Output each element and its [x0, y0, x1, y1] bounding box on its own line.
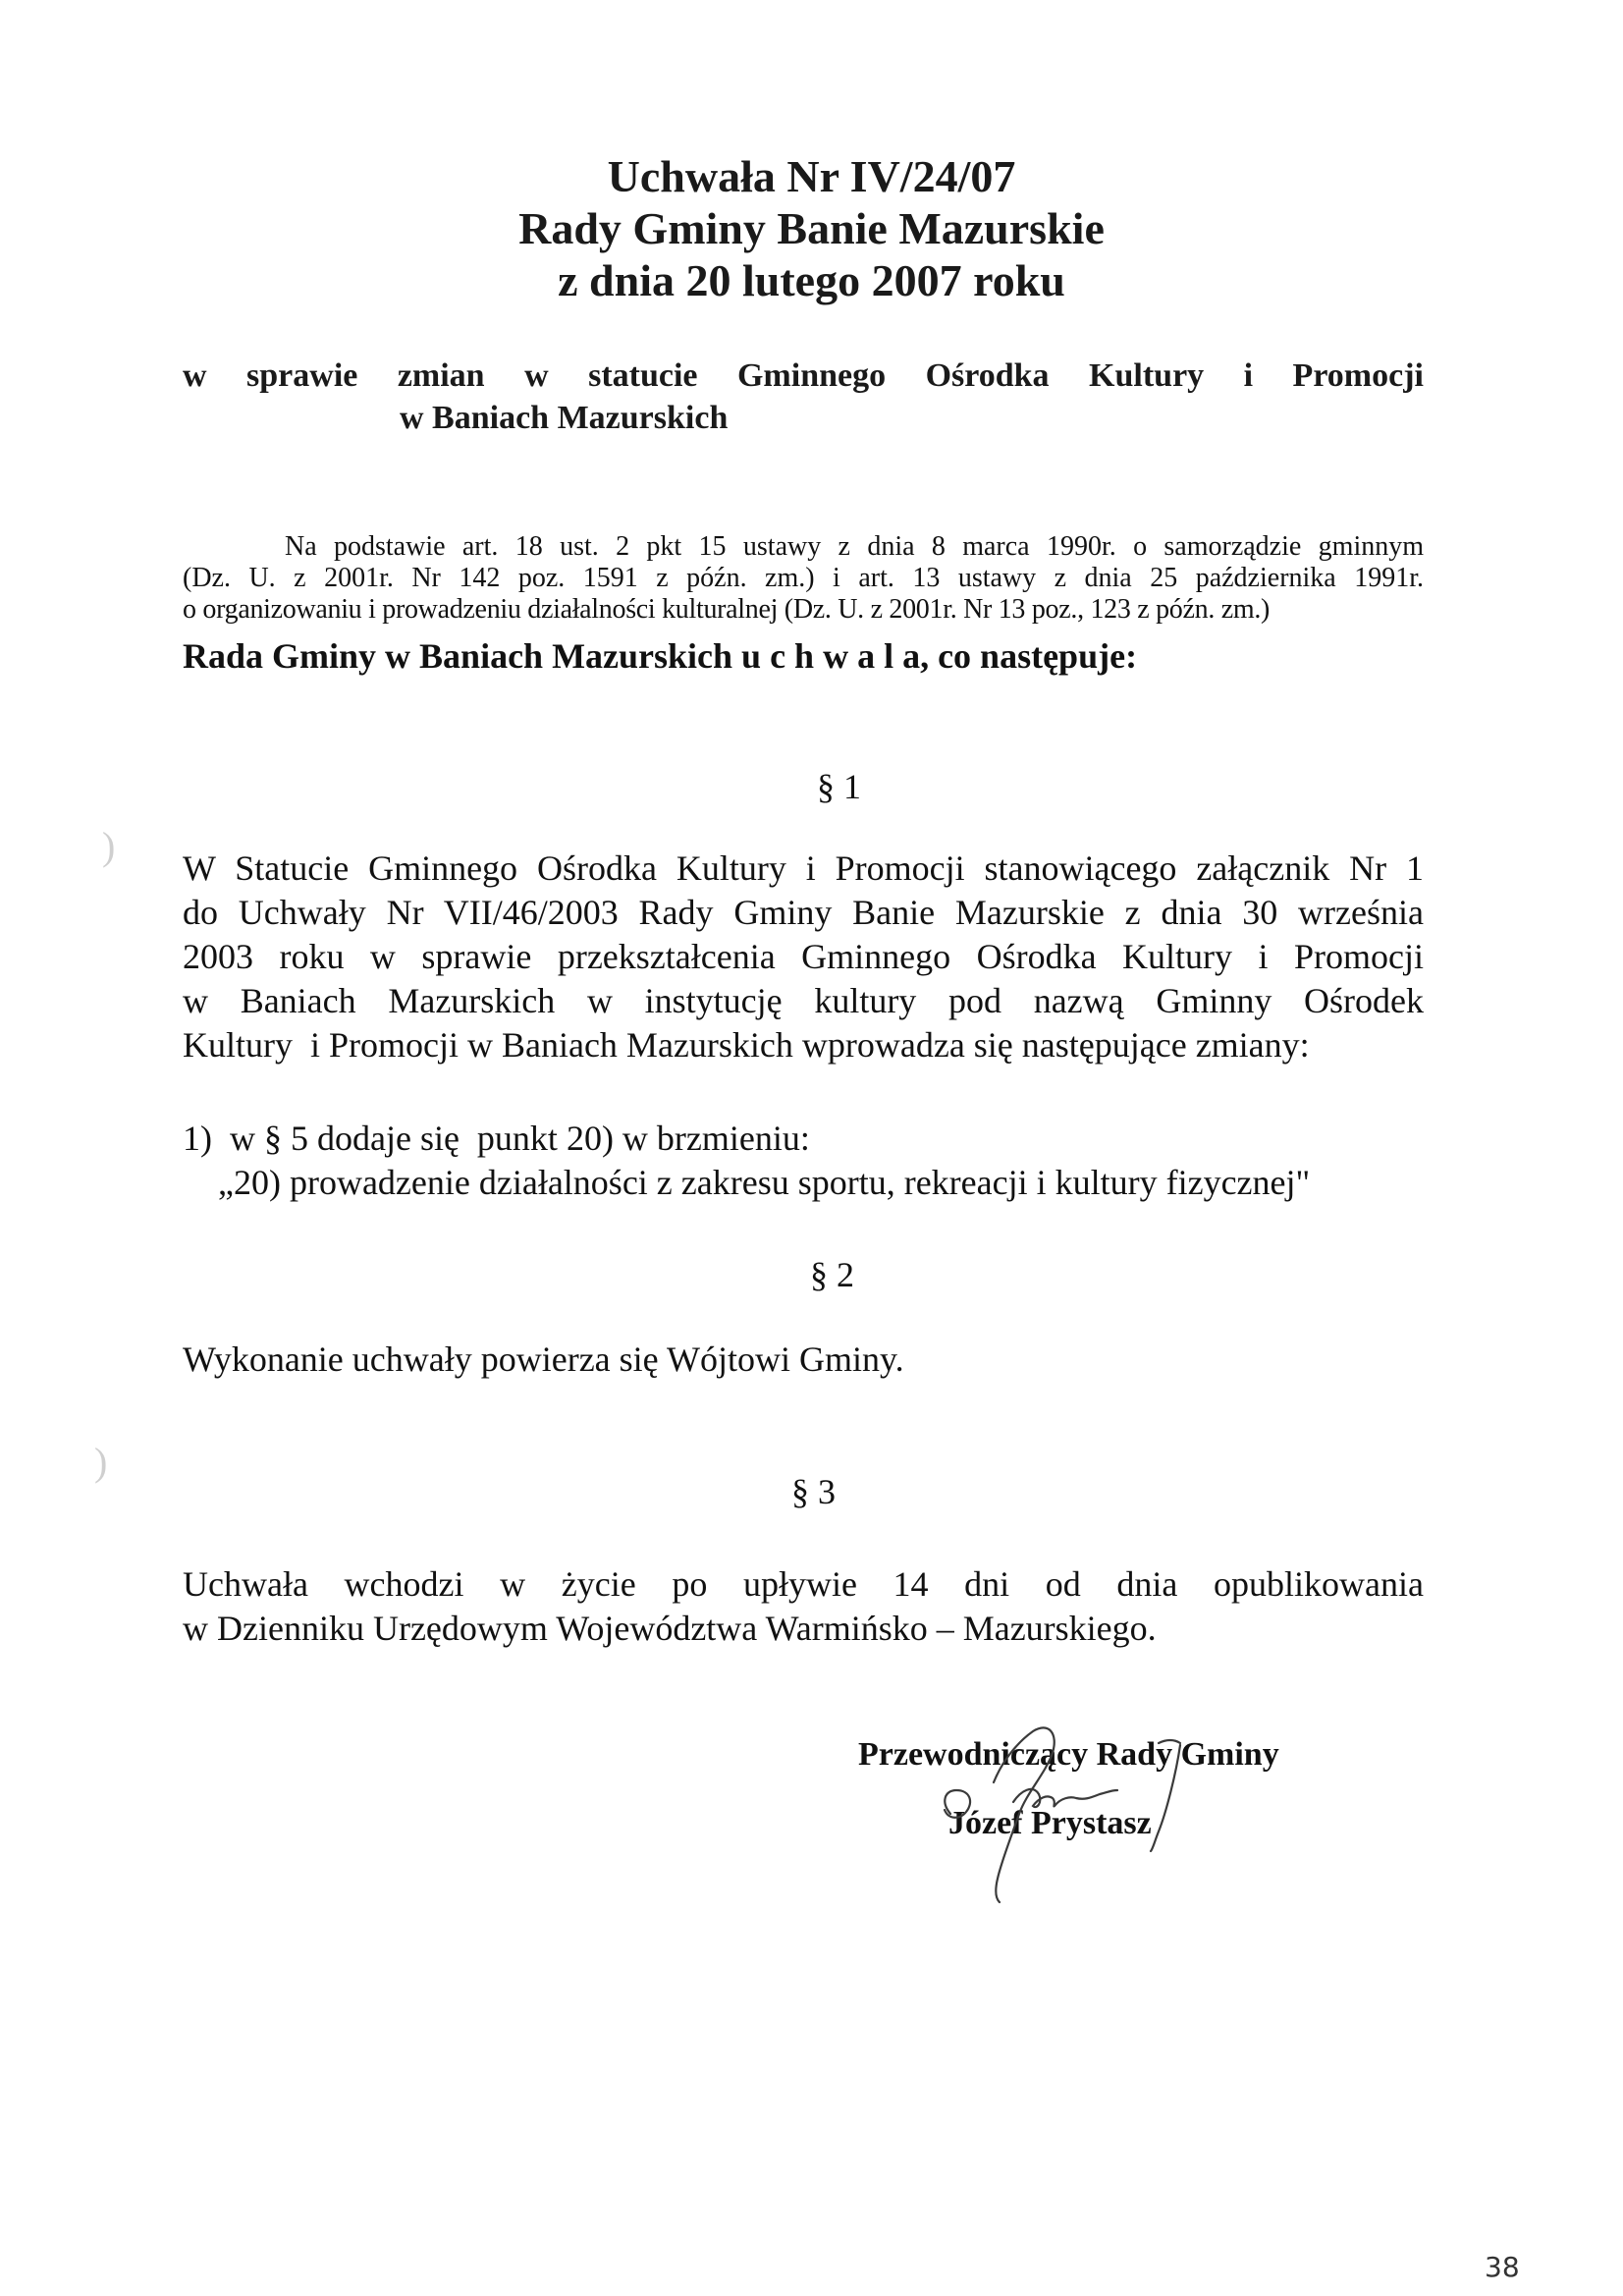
resolution-number: Uchwała Nr IV/24/07	[0, 154, 1623, 199]
resolution-date: z dnia 20 lutego 2007 roku	[0, 258, 1623, 303]
section-1-heading: § 1	[817, 769, 861, 804]
document-page: Uchwała Nr IV/24/07 Rady Gminy Banie Maz…	[0, 0, 1623, 2296]
handwritten-signature-icon	[923, 1704, 1276, 1910]
section-1-line-5: Kultury i Promocji w Baniach Mazurskich …	[183, 1027, 1310, 1063]
section-1-line-4: w Baniach Mazurskich w instytucję kultur…	[183, 983, 1424, 1018]
legal-basis-line-3: o organizowaniu i prowadzeniu działalnoś…	[183, 596, 1270, 624]
page-number: 38	[1485, 2251, 1520, 2283]
section-1-line-2: do Uchwały Nr VII/46/2003 Rady Gminy Ban…	[183, 895, 1424, 930]
issuing-body: Rady Gminy Banie Mazurskie	[0, 206, 1623, 251]
section-3-heading: § 3	[791, 1474, 836, 1509]
legal-basis-line-2: (Dz. U. z 2001r. Nr 142 poz. 1591 z późn…	[183, 565, 1424, 592]
amendment-item-1-text: „20) prowadzenie działalności z zakresu …	[218, 1165, 1310, 1200]
section-2-heading: § 2	[810, 1257, 854, 1292]
subject-line-2: w Baniach Mazurskich	[400, 402, 728, 435]
section-1-line-1: W Statucie Gminnego Ośrodka Kultury i Pr…	[183, 850, 1424, 886]
subject-line-1: w sprawie zmian w statucie Gminnego Ośro…	[183, 359, 1424, 393]
resolves-clause: Rada Gminy w Baniach Mazurskich u c h w …	[183, 638, 1137, 674]
scan-mark-icon: )	[102, 823, 115, 869]
amendment-item-1: 1) w § 5 dodaje się punkt 20) w brzmieni…	[183, 1121, 810, 1156]
legal-basis-line-1: Na podstawie art. 18 ust. 2 pkt 15 ustaw…	[285, 533, 1424, 561]
section-2-line-1: Wykonanie uchwały powierza się Wójtowi G…	[183, 1341, 904, 1377]
scan-mark-icon: )	[94, 1439, 107, 1485]
section-1-line-3: 2003 roku w sprawie przekształcenia Gmin…	[183, 939, 1424, 974]
section-3-line-1: Uchwała wchodzi w życie po upływie 14 dn…	[183, 1566, 1424, 1602]
section-3-line-2: w Dzienniku Urzędowym Województwa Warmiń…	[183, 1611, 1157, 1646]
